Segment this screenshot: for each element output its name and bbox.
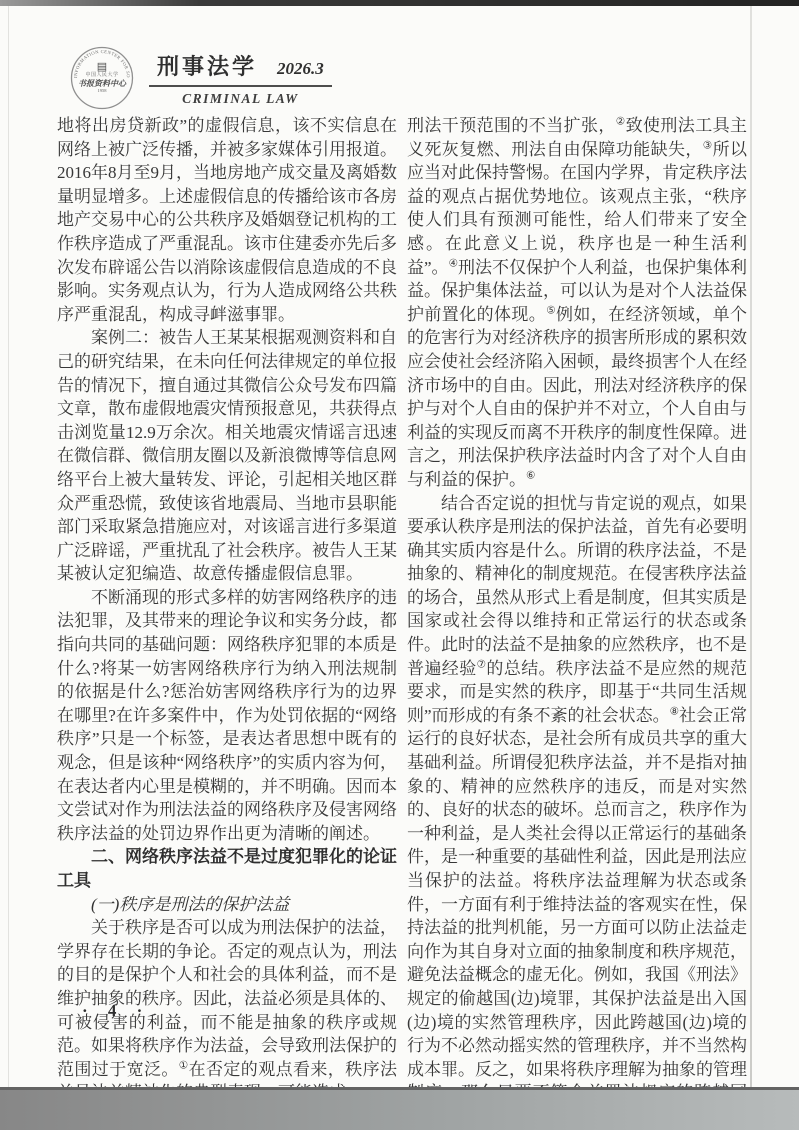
- journal-header: INFORMATION CENTER FOR SOCIAL SCIENCES ▤…: [70, 46, 332, 110]
- scanned-page: INFORMATION CENTER FOR SOCIAL SCIENCES ▤…: [0, 0, 799, 1130]
- paragraph: 地将出房贷新政”的虚假信息，该不实信息在网络上被广泛传播，并被多家媒体引用报道。…: [57, 114, 397, 326]
- journal-seal-icon: INFORMATION CENTER FOR SOCIAL SCIENCES ▤…: [70, 46, 134, 110]
- right-column: 刑法干预范围的不当扩张，②致使刑法工具主义死灰复燃、刑法自由保障功能缺失，③所以…: [407, 114, 747, 1129]
- issue-number: 2026.3: [277, 59, 324, 79]
- scan-edge-top: [0, 0, 799, 6]
- paragraph: 案例二：被告人王某某根据观测资料和自己的研究结果，在未向任何法律规定的单位报告的…: [57, 326, 397, 586]
- journal-title: 刑事法学: [157, 50, 257, 81]
- paragraph: 结合否定说的担忧与肯定说的观点，如果要承认秩序是刑法的保护法益，首先有必要明确其…: [407, 492, 747, 1129]
- scan-edge-left: [8, 6, 9, 1087]
- scan-edge-bottom: [0, 1087, 799, 1130]
- paragraph: 刑法干预范围的不当扩张，②致使刑法工具主义死灰复燃、刑法自由保障功能缺失，③所以…: [407, 114, 747, 492]
- article-body: 地将出房贷新政”的虚假信息，该不实信息在网络上被广泛传播，并被多家媒体引用报道。…: [57, 114, 747, 1129]
- page-number: · 4 ·: [82, 999, 150, 1023]
- scan-edge-right: [750, 6, 752, 1087]
- book-stack-icon: ▤: [97, 62, 107, 73]
- paragraph: 不断涌现的形式多样的妨害网络秩序的违法犯罪，及其带来的理论争议和实务分歧，都指向…: [57, 586, 397, 846]
- journal-title-english: CRIMINAL LAW: [149, 87, 332, 107]
- seal-center: ▤ 中国人民大学 书报资料中心 1958: [70, 46, 134, 110]
- seal-year: 1958: [98, 88, 107, 94]
- section-heading: 二、网络秩序法益不是过度犯罪化的论证工具: [57, 845, 397, 892]
- seal-center-name: 书报资料中心: [78, 79, 126, 88]
- subsection-heading: (一)秩序是刑法的保护法益: [57, 893, 397, 917]
- left-column: 地将出房贷新政”的虚假信息，该不实信息在网络上被广泛传播，并被多家媒体引用报道。…: [57, 114, 397, 1129]
- journal-title-block: 刑事法学 2026.3 CRIMINAL LAW: [149, 50, 332, 107]
